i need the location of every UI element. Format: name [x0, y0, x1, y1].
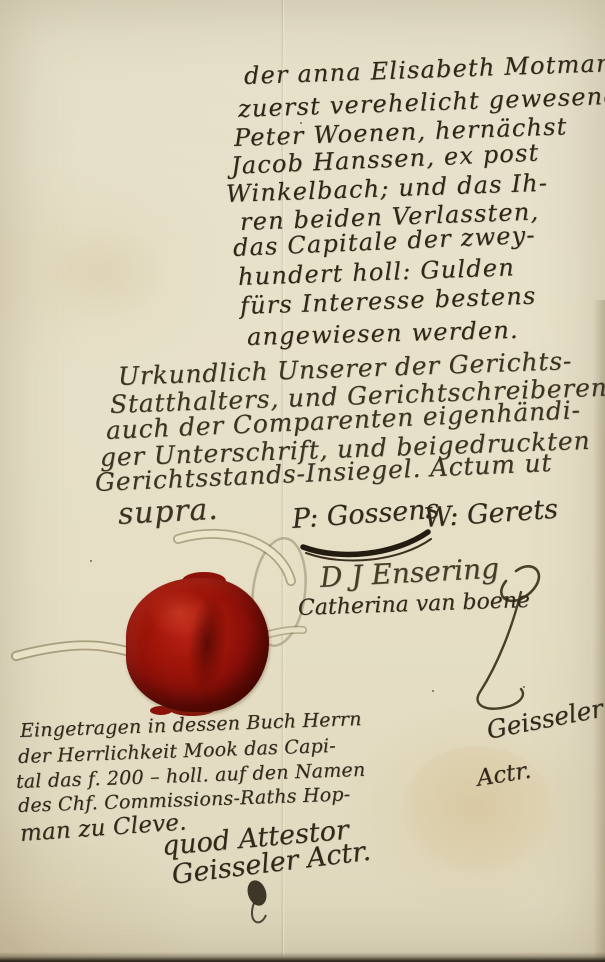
- page-bottom-edge: [0, 952, 605, 962]
- signature-descender-loop: [252, 903, 266, 922]
- manuscript-page: der anna Elisabeth Motmans, zuerst vereh…: [0, 0, 605, 962]
- signature-ensering: D J Ensering: [319, 552, 500, 594]
- seal-cord-left: [16, 645, 142, 656]
- signature-geisseler-right: Geisseler: [484, 694, 605, 745]
- ink-speck: [90, 560, 92, 562]
- ink-speck: [432, 690, 434, 692]
- seal-cord-left-outline: [16, 645, 142, 656]
- paper-stain-left: [38, 225, 168, 320]
- ink-speck: [523, 686, 525, 688]
- manuscript-line: angewiesen werden.: [247, 316, 519, 351]
- red-wax-seal: [126, 578, 269, 712]
- signature-gerets: W: Gerets: [423, 494, 559, 534]
- signature-gossens: P: Gossens: [291, 494, 440, 535]
- ink-blot: [244, 878, 269, 908]
- signature-underline-flourish: [303, 532, 428, 554]
- manuscript-line: supra.: [117, 492, 219, 532]
